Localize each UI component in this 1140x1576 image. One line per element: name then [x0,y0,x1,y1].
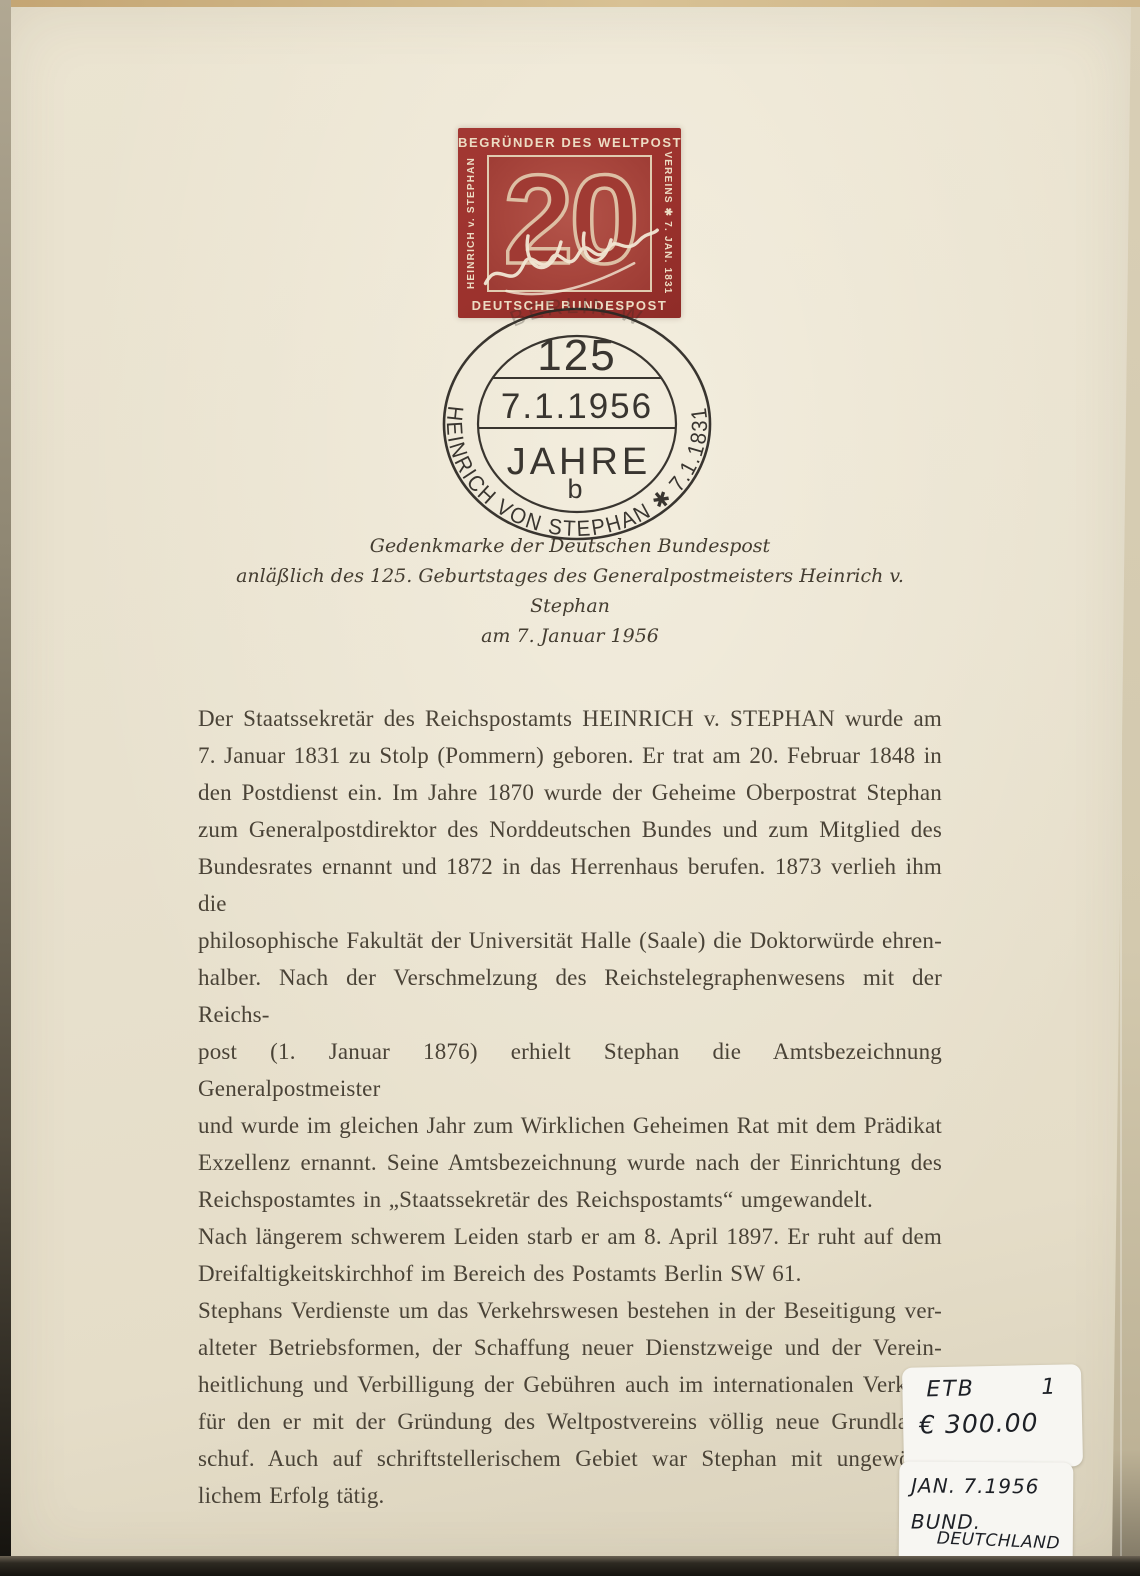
photo-edge-left [0,0,11,1576]
body-line: 7. Januar 1831 zu Stolp (Pommern) gebore… [198,737,942,774]
body-line: philosophische Fakultät der Universität … [198,922,942,959]
body-line: Exzellenz ernannt. Seine Amtsbezeichnung… [198,1144,942,1181]
body-line: den Postdienst ein. Im Jahre 1870 wurde … [198,774,942,811]
note-sticker: JAN. 7.1956 BUND. DEUTCHLAND [899,1461,1074,1570]
body-line: post (1. Januar 1876) erhielt Stephan di… [198,1033,942,1107]
body-line: zum Generalpostdirektor des Norddeutsche… [198,811,942,848]
body-line: Reichspostamtes in „Staatssekretär des R… [198,1181,942,1218]
stamp-center-panel: 20 [487,155,652,292]
body-line: Der Staatssekretär des Reichspostamts HE… [198,700,942,737]
body-line: Dreifaltigkeitskirchhof im Bereich des P… [198,1255,942,1292]
body-line: alteter Betriebsformen, der Schaffung ne… [198,1329,942,1366]
postmark-value: 125 [537,331,616,380]
body-line: Nach längerem schwerem Leiden starb er a… [198,1218,942,1255]
photo-edge-top [0,0,1140,7]
sticker-price: € 300.00 [919,1407,1067,1439]
body-line: schuf. Auch auf schriftstellerischem Geb… [198,1440,942,1477]
photo-edge-bottom [0,1556,1140,1576]
body-line: Bundesrates ernannt und 1872 in das Herr… [198,848,942,922]
caption-line: anläßlich des 125. Geburtstages des Gene… [198,561,942,621]
sticker-number: 1 [1041,1375,1058,1400]
sticker-date: JAN. 7.1956 [911,1473,1061,1498]
postmark-cancel: 125 7.1.1956 JAHRE b · HEINRICH VON STEP… [432,295,722,561]
photo-scene: BEGRÜNDER DES WELTPOST DEUTSCHE BUNDESPO… [0,0,1140,1576]
body-text: Der Staatssekretär des Reichspostamts HE… [198,700,942,1514]
body-line: für den er mit der Gründung des Weltpost… [198,1403,942,1440]
body-line: Stephans Verdienste um das Verkehrswesen… [198,1292,942,1329]
price-sticker: ETB 1 € 300.00 [902,1364,1083,1470]
postage-stamp: BEGRÜNDER DES WELTPOST DEUTSCHE BUNDESPO… [458,128,681,318]
sticker-code: ETB [926,1376,975,1402]
body-line: und wurde im gleichen Jahr zum Wirkliche… [198,1107,942,1144]
svg-text:BERLIN W: BERLIN W [506,295,647,332]
postmark-date: 7.1.1956 [501,387,653,426]
postmark-town-text: BERLIN W [506,295,647,332]
ersttagsblatt-sheet: BEGRÜNDER DES WELTPOST DEUTSCHE BUNDESPO… [0,0,1140,1576]
caption-line: am 7. Januar 1956 [198,621,942,651]
body-line: halber. Nach der Verschmelzung des Reich… [198,959,942,1033]
body-line: lichem Erfolg tätig. [198,1477,942,1514]
body-line: heitlichung und Verbilligung der Gebühre… [198,1366,942,1403]
sticker-country-line2: DEUTCHLAND [936,1529,1061,1554]
postmark-letter: b [567,474,582,504]
